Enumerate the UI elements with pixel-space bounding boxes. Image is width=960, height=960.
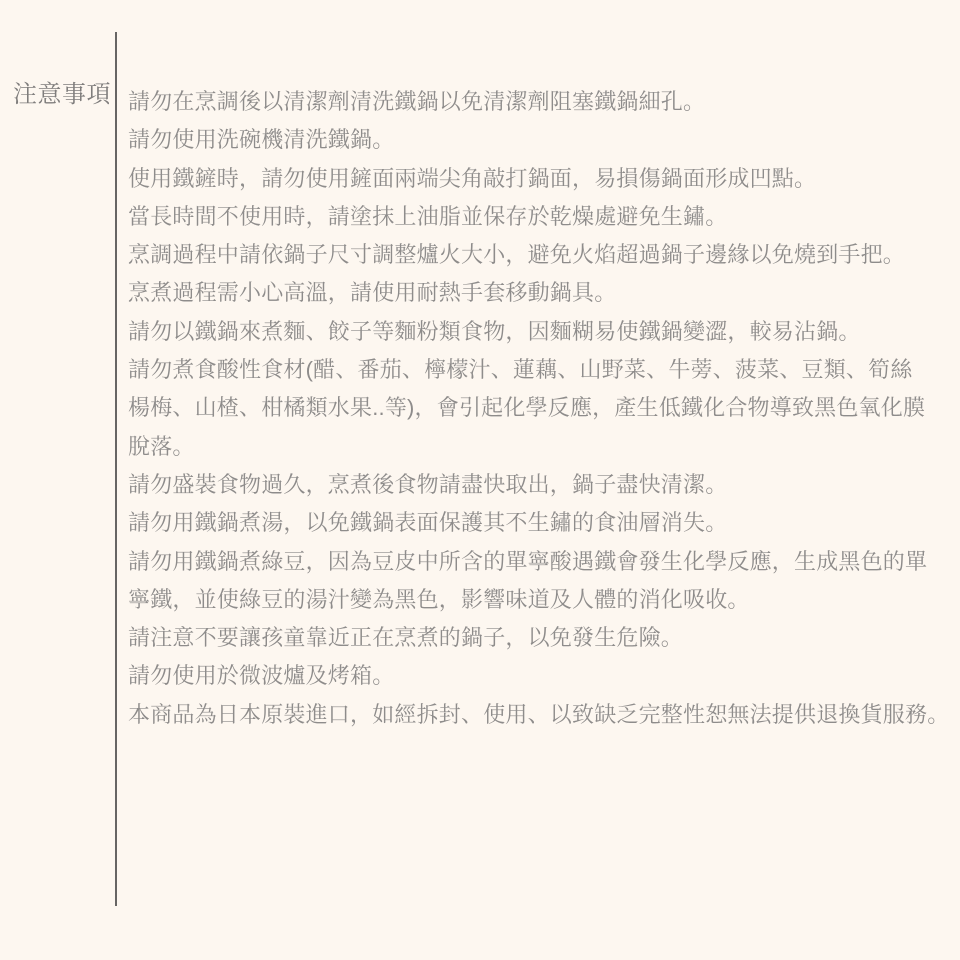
notice-line: 楊梅、山楂、柑橘類水果..等)，會引起化學反應，產生低鐵化合物導致黑色氧化膜 (128, 389, 953, 427)
vertical-divider (115, 32, 117, 906)
notice-line: 請勿煮食酸性食材(醋、番茄、檸檬汁、蓮藕、山野菜、牛蒡、菠菜、豆類、筍絲 (128, 351, 953, 389)
product-notice-section: 注意事項 請勿在烹調後以清潔劑清洗鐵鍋以免清潔劑阻塞鐵鍋細孔。請勿使用洗碗機清洗… (0, 0, 960, 960)
notice-item: 請注意不要讓孩童靠近正在烹煮的鍋子，以免發生危險。 (128, 619, 953, 657)
notice-line: 烹煮過程需小心高溫，請使用耐熱手套移動鍋具。 (128, 274, 953, 312)
notice-item: 請勿在烹調後以清潔劑清洗鐵鍋以免清潔劑阻塞鐵鍋細孔。 (128, 83, 953, 121)
notice-line: 請勿使用於微波爐及烤箱。 (128, 657, 953, 695)
notice-item: 當長時間不使用時，請塗抹上油脂並保存於乾燥處避免生鏽。 (128, 198, 953, 236)
notice-line: 請勿用鐵鍋煮湯，以免鐵鍋表面保護其不生鏽的食油層消失。 (128, 504, 953, 542)
notice-item: 本商品為日本原裝進口，如經拆封、使用、以致缺乏完整性恕無法提供退換貨服務。 (128, 696, 953, 734)
notice-item: 請勿用鐵鍋煮湯，以免鐵鍋表面保護其不生鏽的食油層消失。 (128, 504, 953, 542)
notice-item: 請勿盛裝食物過久，烹煮後食物請盡快取出，鍋子盡快清潔。 (128, 466, 953, 504)
notice-item: 使用鐵鏟時，請勿使用鏟面兩端尖角敲打鍋面，易損傷鍋面形成凹點。 (128, 160, 953, 198)
notice-line: 請勿用鐵鍋煮綠豆，因為豆皮中所含的單寧酸遇鐵會發生化學反應，生成黑色的單 (128, 543, 953, 581)
notice-line: 脫落。 (128, 428, 953, 466)
notice-line: 寧鐵，並使綠豆的湯汁變為黑色，影響味道及人體的消化吸收。 (128, 581, 953, 619)
notice-line: 本商品為日本原裝進口，如經拆封、使用、以致缺乏完整性恕無法提供退換貨服務。 (128, 696, 953, 734)
notice-line: 請勿以鐵鍋來煮麵、餃子等麵粉類食物，因麵糊易使鐵鍋變澀，較易沾鍋。 (128, 313, 953, 351)
notice-line: 請注意不要讓孩童靠近正在烹煮的鍋子，以免發生危險。 (128, 619, 953, 657)
notice-line: 請勿使用洗碗機清洗鐵鍋。 (128, 121, 953, 159)
notice-line: 使用鐵鏟時，請勿使用鏟面兩端尖角敲打鍋面，易損傷鍋面形成凹點。 (128, 160, 953, 198)
notice-line: 當長時間不使用時，請塗抹上油脂並保存於乾燥處避免生鏽。 (128, 198, 953, 236)
notice-item: 烹煮過程需小心高溫，請使用耐熱手套移動鍋具。 (128, 274, 953, 312)
notice-item: 請勿以鐵鍋來煮麵、餃子等麵粉類食物，因麵糊易使鐵鍋變澀，較易沾鍋。 (128, 313, 953, 351)
notice-item: 烹調過程中請依鍋子尺寸調整爐火大小，避免火焰超過鍋子邊緣以免燒到手把。 (128, 236, 953, 274)
notice-line: 請勿在烹調後以清潔劑清洗鐵鍋以免清潔劑阻塞鐵鍋細孔。 (128, 83, 953, 121)
notice-list: 請勿在烹調後以清潔劑清洗鐵鍋以免清潔劑阻塞鐵鍋細孔。請勿使用洗碗機清洗鐵鍋。使用… (128, 83, 953, 734)
notice-line: 烹調過程中請依鍋子尺寸調整爐火大小，避免火焰超過鍋子邊緣以免燒到手把。 (128, 236, 953, 274)
notice-line: 請勿盛裝食物過久，烹煮後食物請盡快取出，鍋子盡快清潔。 (128, 466, 953, 504)
notice-item: 請勿使用洗碗機清洗鐵鍋。 (128, 121, 953, 159)
notice-item: 請勿用鐵鍋煮綠豆，因為豆皮中所含的單寧酸遇鐵會發生化學反應，生成黑色的單寧鐵，並… (128, 543, 953, 620)
section-title: 注意事項 (13, 81, 113, 109)
notice-item: 請勿煮食酸性食材(醋、番茄、檸檬汁、蓮藕、山野菜、牛蒡、菠菜、豆類、筍絲楊梅、山… (128, 351, 953, 466)
notice-item: 請勿使用於微波爐及烤箱。 (128, 657, 953, 695)
